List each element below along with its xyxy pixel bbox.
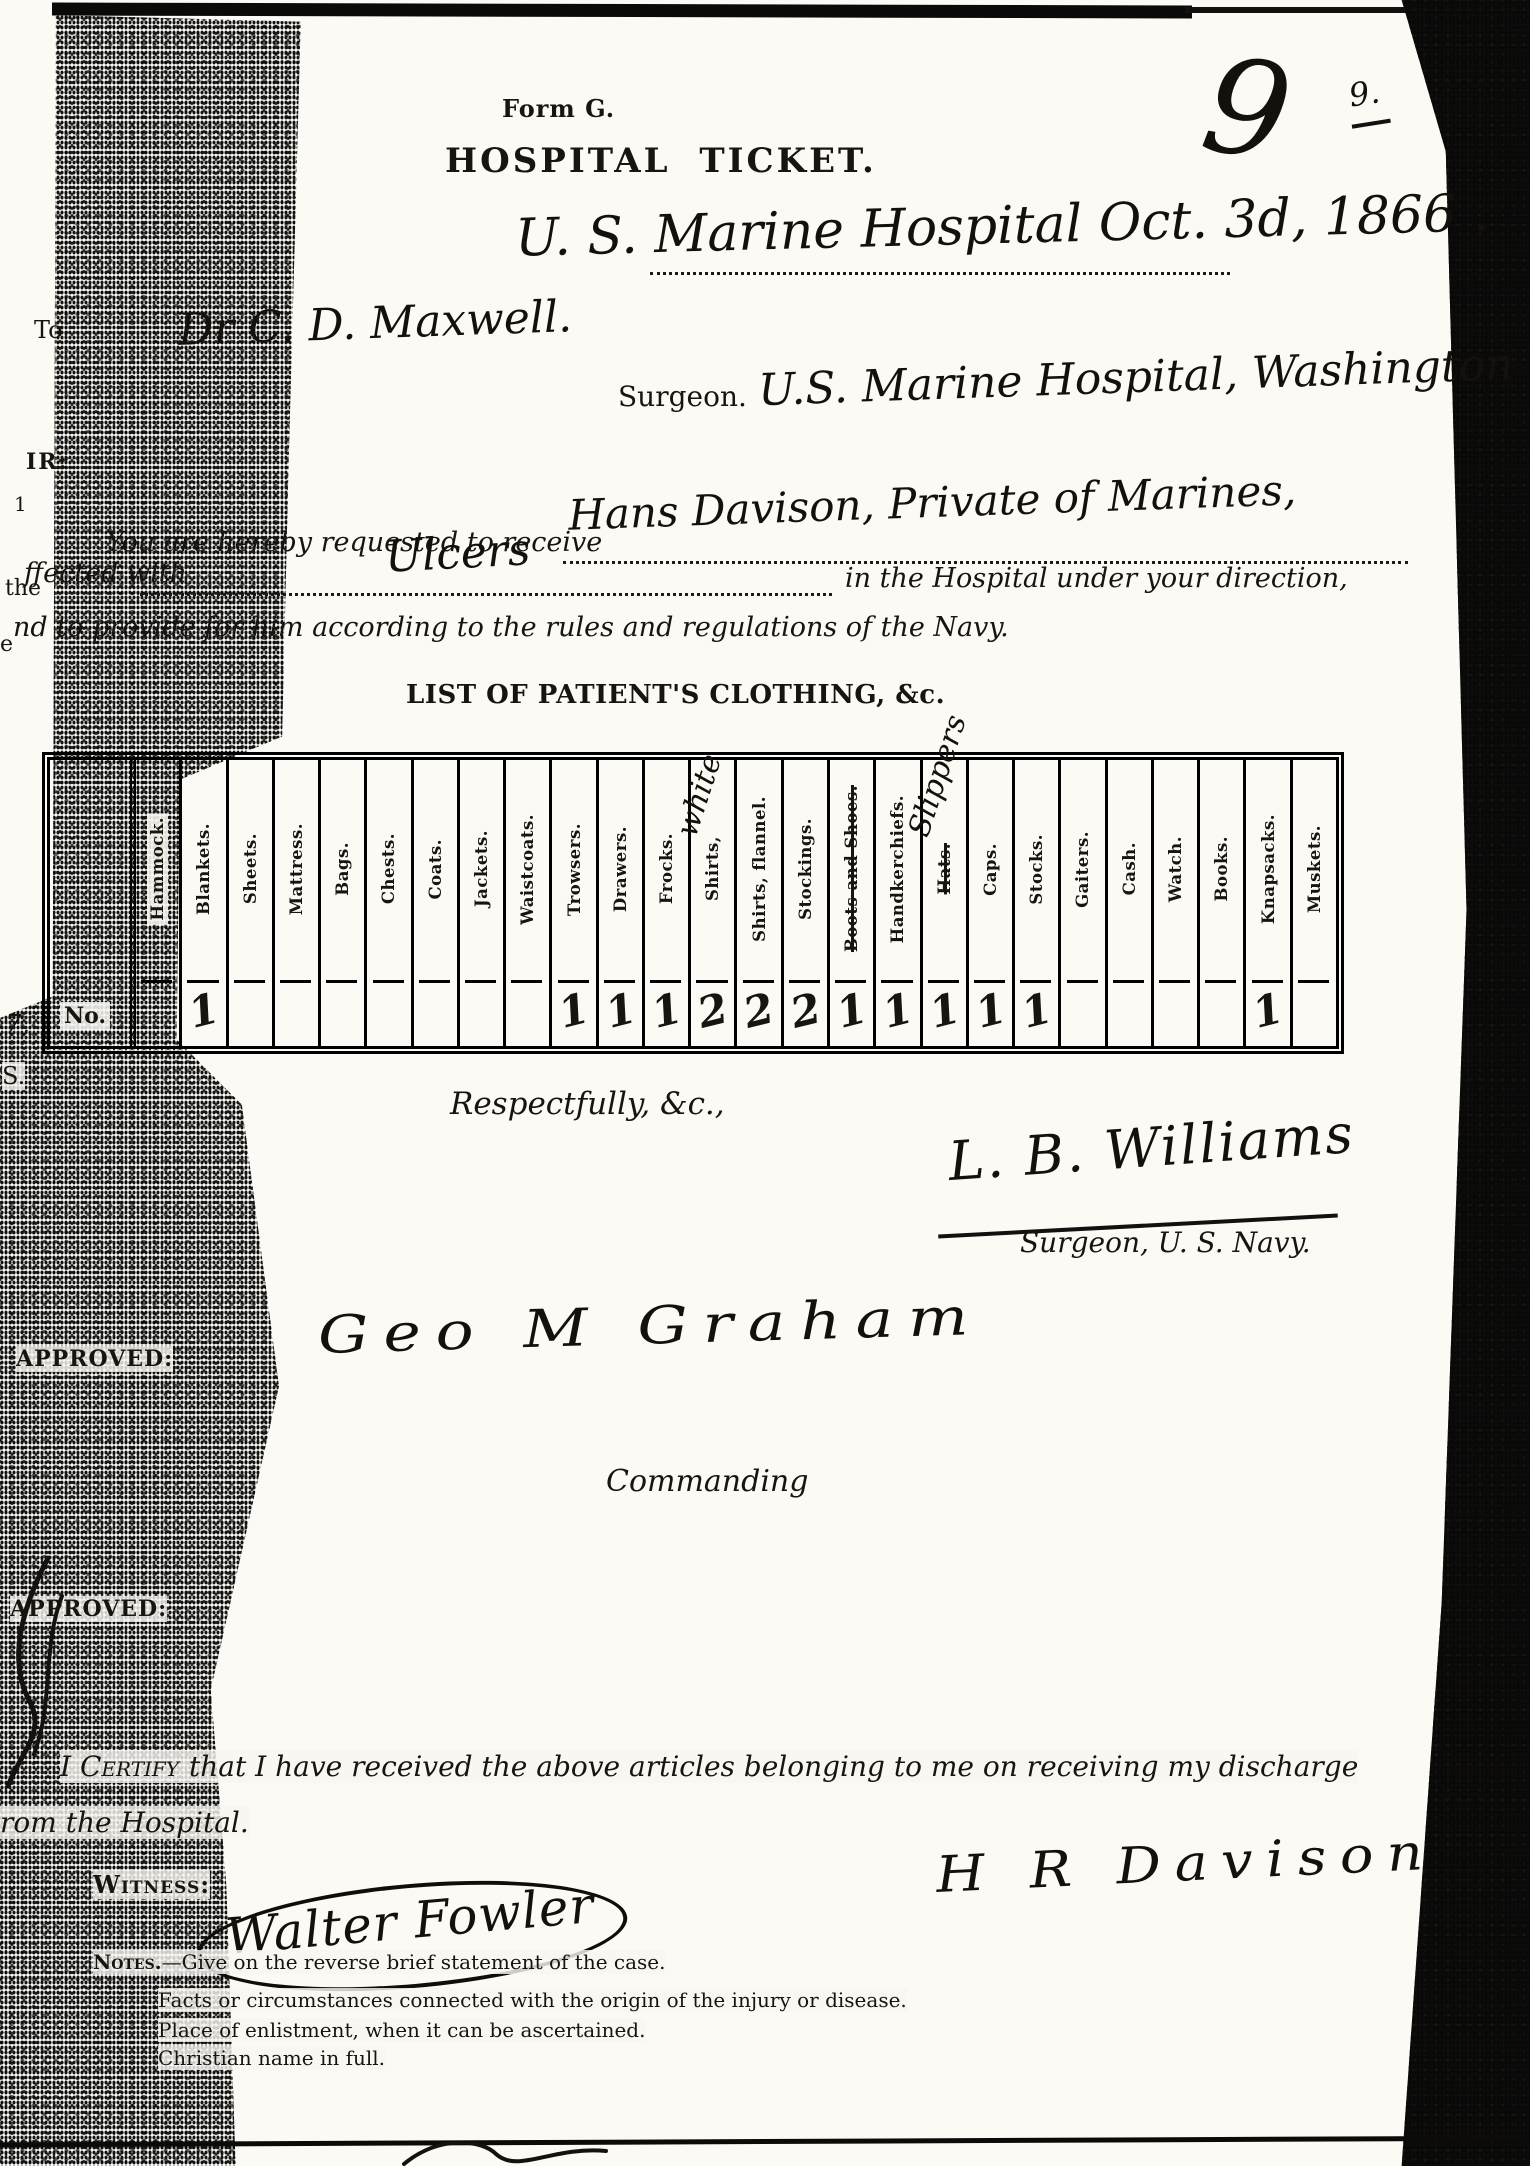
- column-value-handwritten: 1: [547, 981, 601, 1039]
- clothing-column: Stocks.1: [1012, 760, 1058, 1046]
- column-label: Handkerchiefs.: [888, 795, 907, 943]
- column-header: Caps.: [969, 760, 1012, 978]
- clothing-columns: Hammock.Blankets.1Sheets.Mattress.Bags.C…: [136, 760, 1336, 1046]
- clothing-column: Cash.: [1105, 760, 1151, 1046]
- column-label: Shirts,: [703, 836, 722, 901]
- column-label: Books.: [1212, 836, 1231, 901]
- column-label: Hammock.: [147, 813, 168, 924]
- column-value-handwritten: 1: [1241, 981, 1295, 1039]
- column-header: Knapsacks.: [1246, 760, 1289, 978]
- column-header: Cash.: [1108, 760, 1151, 978]
- margin-fragment: S.: [2, 1062, 25, 1090]
- column-label: Bags.: [333, 842, 352, 896]
- notes-line: Facts or circumstances connected with th…: [158, 1988, 907, 2012]
- column-header: Watch.: [1154, 760, 1197, 978]
- column-header: Blankets.: [182, 760, 225, 978]
- dotted-line: [650, 272, 1230, 275]
- column-value-handwritten: 2: [778, 981, 832, 1039]
- column-value-handwritten: 2: [732, 981, 786, 1039]
- hospital-direction-line: in the Hospital under your direction,: [845, 563, 1348, 594]
- witness-label: Witness:: [93, 1870, 210, 1899]
- clothing-column: Caps.1: [966, 760, 1012, 1046]
- column-label: Watch.: [1166, 836, 1185, 902]
- column-header: Trowsers.: [552, 760, 595, 978]
- column-value-handwritten: 1: [825, 981, 879, 1039]
- column-label: Boots and Shoes.: [842, 785, 861, 952]
- notes-line: Place of enlistment, when it can be asce…: [158, 2018, 645, 2042]
- column-label: Frocks.: [657, 833, 676, 904]
- commanding-label: Commanding: [606, 1464, 808, 1499]
- column-divider: [1067, 980, 1098, 983]
- number-row-label-cell: No.: [50, 760, 136, 1046]
- column-header: Waistcoats.: [506, 760, 549, 978]
- column-label: Chests.: [379, 833, 398, 904]
- column-label: Stocks.: [1027, 834, 1046, 905]
- certify-line: I Certifythat I have received the above …: [60, 1750, 1358, 1783]
- column-header: Mattress.: [275, 760, 318, 978]
- column-label: Mattress.: [287, 823, 306, 915]
- margin-fragment: e: [0, 632, 13, 657]
- column-header: Stocks.: [1015, 760, 1058, 978]
- to-label: To: [34, 316, 63, 344]
- column-divider: [1159, 980, 1190, 983]
- column-value-handwritten: 1: [177, 981, 231, 1039]
- notes-label: Notes.: [93, 1950, 162, 1974]
- clothing-column: Hammock.: [136, 760, 179, 1046]
- column-label: Gaiters.: [1073, 831, 1092, 908]
- column-divider: [1205, 980, 1236, 983]
- column-label: Coats.: [426, 839, 445, 899]
- handwritten-patient-name: Hans Davison, Private of Marines,: [567, 465, 1297, 539]
- column-header: Shirts, flannel.: [737, 760, 780, 978]
- clothing-column: Muskets.: [1290, 760, 1336, 1046]
- surgeon-title-line: Surgeon, U. S. Navy.: [1020, 1226, 1311, 1259]
- clothing-column: Gaiters.: [1058, 760, 1104, 1046]
- handwritten-page-number-large: 9: [1194, 38, 1300, 183]
- column-header: Sheets.: [229, 760, 272, 978]
- column-header: Stockings.: [784, 760, 827, 978]
- surgeon-signature-handwritten: L. B. Williams: [946, 1102, 1356, 1193]
- dotted-line: [140, 593, 832, 596]
- clothing-column: Blankets.1: [179, 760, 225, 1046]
- column-label: Shirts, flannel.: [750, 796, 769, 942]
- page-title: HOSPITAL TICKET.: [445, 141, 877, 181]
- column-divider: [1113, 980, 1144, 983]
- clothing-column: Knapsacks.1: [1243, 760, 1289, 1046]
- scan-top-edge-thin: [1185, 7, 1413, 13]
- column-label: Jackets.: [472, 830, 491, 907]
- respectfully-line: Respectfully, &c.,: [450, 1086, 725, 1122]
- column-value-handwritten: 1: [640, 981, 694, 1039]
- column-divider: [141, 980, 172, 983]
- handwritten-disease: Ulcers: [384, 524, 532, 583]
- certify-rest: that I have received the above articles …: [189, 1750, 1358, 1783]
- notes-line: Christian name in full.: [158, 2046, 385, 2070]
- notes-line: Notes.—Give on the reverse brief stateme…: [93, 1950, 665, 1974]
- margin-fragment: 7,: [5, 1010, 30, 1040]
- column-value-handwritten: 1: [1010, 981, 1064, 1039]
- clothing-column: Jackets.: [457, 760, 503, 1046]
- column-value-handwritten: 1: [871, 981, 925, 1039]
- column-value-handwritten: 1: [963, 981, 1017, 1039]
- column-header: Boots and Shoes.: [830, 760, 873, 978]
- clothing-column: Coats.: [411, 760, 457, 1046]
- clothing-column: Bags.: [318, 760, 364, 1046]
- sir-label: IR:: [26, 449, 69, 475]
- column-label: Knapsacks.: [1259, 814, 1278, 924]
- clothing-column: Shirts, flannel.2: [734, 760, 780, 1046]
- column-value-handwritten: 1: [917, 981, 971, 1039]
- clothing-column: Hats.Slippers1: [920, 760, 966, 1046]
- clothing-column: Sheets.: [226, 760, 272, 1046]
- column-label: Cash.: [1120, 842, 1139, 895]
- clothing-column: Stockings.2: [781, 760, 827, 1046]
- column-divider: [511, 980, 542, 983]
- column-header: Bags.: [321, 760, 364, 978]
- column-label: Trowsers.: [565, 823, 584, 916]
- clothing-column: Chests.: [364, 760, 410, 1046]
- clothing-list-heading: LIST OF PATIENT'S CLOTHING, &c.: [406, 680, 945, 710]
- number-row-label: No.: [60, 1002, 110, 1030]
- column-header: Hammock.: [136, 760, 179, 978]
- column-label: Stockings.: [796, 818, 815, 920]
- scanned-hospital-ticket-page: Form G. HOSPITAL TICKET. 9 9. U. S. Mari…: [0, 0, 1530, 2166]
- clothing-column: Boots and Shoes.1: [827, 760, 873, 1046]
- patient-signature-handwritten: H R Davison: [934, 1823, 1438, 1904]
- certify-continuation: rom the Hospital.: [0, 1806, 249, 1839]
- certify-intro: I Certify: [60, 1750, 179, 1783]
- surgeon-label: Surgeon.: [618, 380, 747, 413]
- column-label: Sheets.: [241, 833, 260, 904]
- margin-fragment: 1: [14, 492, 27, 516]
- scan-top-edge: [52, 3, 1192, 19]
- form-number: Form G.: [502, 94, 615, 123]
- clothing-table-body: No. Hammock.Blankets.1Sheets.Mattress.Ba…: [50, 760, 1336, 1046]
- column-divider: [419, 980, 450, 983]
- column-label: Blankets.: [194, 823, 213, 915]
- column-label: Hats.: [935, 843, 954, 894]
- handwritten-page-number-small: 9.: [1344, 71, 1390, 128]
- column-header: Muskets.: [1293, 760, 1336, 978]
- clothing-column: Shirts,white2: [688, 760, 734, 1046]
- clothing-column: Waistcoats.: [503, 760, 549, 1046]
- commanding-officer-signature-handwritten: Geo M Graham: [317, 1287, 984, 1366]
- column-header: Coats.: [414, 760, 457, 978]
- column-divider: [1298, 980, 1329, 983]
- column-value-handwritten: 1: [593, 981, 647, 1039]
- column-header: Books.: [1200, 760, 1243, 978]
- clothing-column: Drawers.1: [596, 760, 642, 1046]
- column-divider: [326, 980, 357, 983]
- clothing-column: Mattress.: [272, 760, 318, 1046]
- column-header: Drawers.: [599, 760, 642, 978]
- column-label: Waistcoats.: [518, 814, 537, 925]
- column-header: Gaiters.: [1061, 760, 1104, 978]
- column-divider: [373, 980, 404, 983]
- notes-text: —Give on the reverse brief statement of …: [162, 1950, 666, 1974]
- clothing-column: Trowsers.1: [549, 760, 595, 1046]
- clothing-table: No. Hammock.Blankets.1Sheets.Mattress.Ba…: [42, 752, 1344, 1054]
- handwritten-surgeon-station: U.S. Marine Hospital, Washington: [757, 339, 1514, 416]
- affected-with-label: ffected with: [24, 558, 187, 589]
- clothing-column: Books.: [1197, 760, 1243, 1046]
- handwritten-dateline: U. S. Marine Hospital Oct. 3d, 1866 .: [514, 183, 1490, 268]
- clothing-column: Watch.: [1151, 760, 1197, 1046]
- approved-label-first: APPROVED:: [16, 1346, 173, 1372]
- column-divider: [465, 980, 496, 983]
- column-value-handwritten: 2: [686, 981, 740, 1039]
- provide-rules-line: nd to provide for him according to the r…: [13, 612, 1009, 643]
- column-label: Muskets.: [1305, 825, 1324, 913]
- margin-fragment: the: [5, 576, 41, 601]
- column-divider: [234, 980, 265, 983]
- column-header: Chests.: [367, 760, 410, 978]
- column-divider: [280, 980, 311, 983]
- column-label: Drawers.: [611, 826, 630, 912]
- bottom-ink-squiggle: [400, 2142, 610, 2166]
- column-header: Jackets.: [460, 760, 503, 978]
- column-label: Caps.: [981, 843, 1000, 896]
